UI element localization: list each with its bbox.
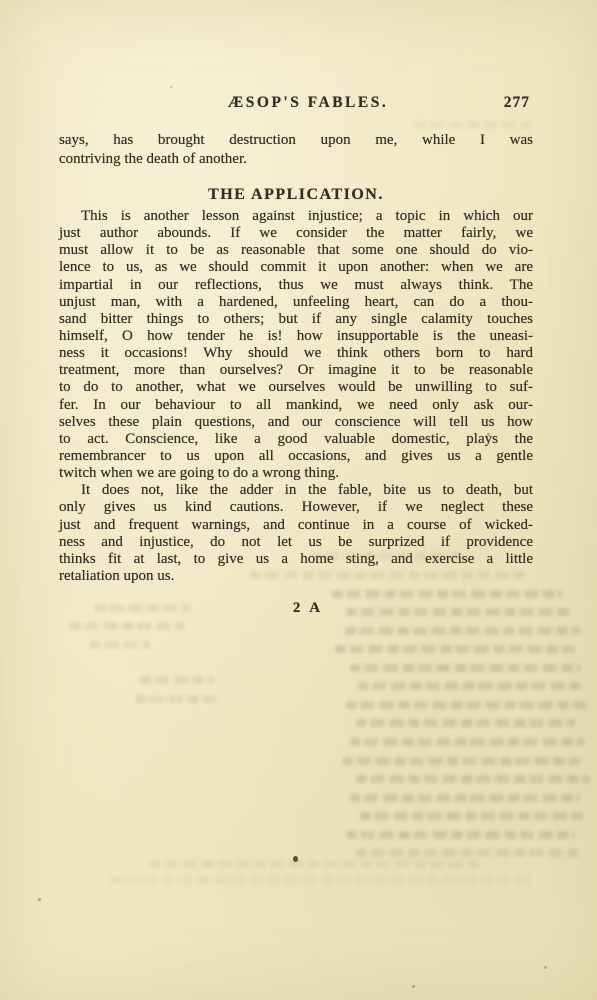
text-line: selves these plain questions, and our co… xyxy=(59,414,533,431)
text-line: sand bitter things to others; but if any… xyxy=(59,311,533,328)
text-line: to do to another, what we ourselves woul… xyxy=(59,379,533,396)
text-line: must allow it to be as reasonable that s… xyxy=(59,242,533,259)
text-line: fer. In our behaviour to all mankind, we… xyxy=(59,397,533,414)
text-line: This is another lesson against injustice… xyxy=(59,208,533,225)
bleedthrough-line xyxy=(70,622,185,630)
running-header: ÆSOP'S FABLES. 277 xyxy=(59,94,533,112)
text-line: unjust man, with a hardened, unfeeling h… xyxy=(59,294,533,311)
bleedthrough-line xyxy=(350,794,580,802)
book-page: ÆSOP'S FABLES. 277 says, has brought des… xyxy=(0,0,597,1000)
ink-fleck xyxy=(487,433,490,436)
page-number: 277 xyxy=(504,94,530,111)
bleedthrough-line xyxy=(342,757,580,765)
text-line: to act. Conscience, like a good valuable… xyxy=(59,431,533,448)
text-line: It does not, like the adder in the fable… xyxy=(59,482,533,499)
bleedthrough-line xyxy=(140,676,215,684)
bleedthrough-line xyxy=(110,876,530,884)
ink-fleck xyxy=(38,898,41,901)
bleedthrough-line xyxy=(135,695,220,703)
running-header-title: ÆSOP'S FABLES. xyxy=(71,94,545,111)
ink-fleck xyxy=(293,856,298,862)
text-line: retaliation upon us. xyxy=(59,568,533,585)
bleedthrough-line xyxy=(346,831,575,839)
bleedthrough-line xyxy=(415,121,530,129)
opening-paragraph: says, has brought destruction upon me, w… xyxy=(59,131,533,169)
text-line: only gives us kind cautions. However, if… xyxy=(59,499,533,516)
bleedthrough-line xyxy=(346,701,590,709)
text-line: just author abounds. If we consider the … xyxy=(59,225,533,242)
text-line: ness and injustice, do not let us be sur… xyxy=(59,534,533,551)
signature-mark: 2 A xyxy=(71,600,545,617)
text-line: twitch when we are going to do a wrong t… xyxy=(59,465,533,482)
text-line: thinks fit at last, to give us a home st… xyxy=(59,551,533,568)
bleedthrough-line xyxy=(360,812,585,820)
bleedthrough-line xyxy=(356,719,575,727)
bleedthrough-line xyxy=(356,775,590,783)
text-line: ness it occasions! Why should we think o… xyxy=(59,345,533,362)
bleedthrough-line xyxy=(356,849,580,857)
section-heading: THE APPLICATION. xyxy=(59,186,533,204)
bleedthrough-line xyxy=(345,627,580,635)
text-line: lence to us, as we should commit it upon… xyxy=(59,259,533,276)
ink-fleck xyxy=(412,985,415,988)
bleedthrough-line xyxy=(90,641,150,649)
ink-fleck xyxy=(544,966,547,969)
text-line: himself, O how tender he is! how insuppo… xyxy=(59,328,533,345)
bleedthrough-line xyxy=(150,860,480,868)
bleedthrough-line xyxy=(335,645,575,653)
text-line: treatment, more than ourselves? Or imagi… xyxy=(59,362,533,379)
ink-fleck xyxy=(170,86,172,88)
text-line: remembrancer to us upon all occasions, a… xyxy=(59,448,533,465)
bleedthrough-line xyxy=(358,682,580,690)
text-line: says, has brought destruction upon me, w… xyxy=(59,131,533,150)
application-text: This is another lesson against injustice… xyxy=(59,208,533,585)
bleedthrough-line xyxy=(332,590,562,598)
bleedthrough-line xyxy=(350,664,580,672)
text-line: just and frequent warnings, and continue… xyxy=(59,517,533,534)
bleedthrough-line xyxy=(350,738,585,746)
text-line: contriving the death of another. xyxy=(59,150,533,169)
text-line: impartial in our reflections, thus we mu… xyxy=(59,277,533,294)
